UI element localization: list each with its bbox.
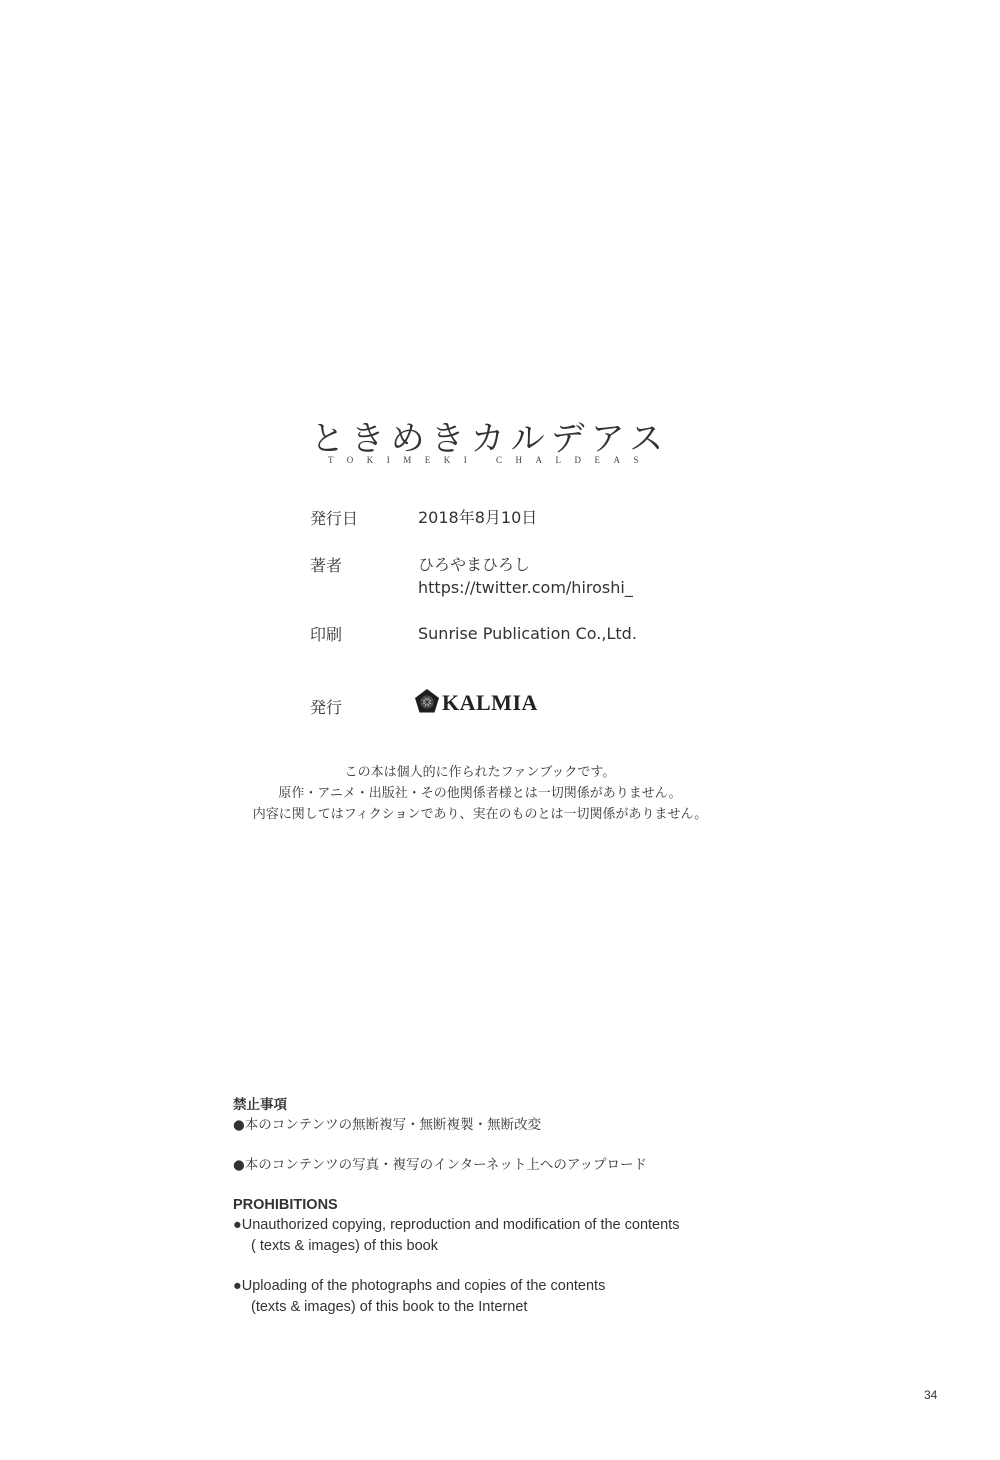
disclaimer: この本は個人的に作られたファンブックです。 原作・アニメ・出版社・その他関係者様… [0, 762, 960, 825]
prohibitions-heading-jp: 禁止事項 [233, 1095, 647, 1115]
author-name: ひろやまひろし [418, 553, 633, 576]
title-romaji: TOKIMEKI CHALDEAS [0, 455, 1000, 465]
kalmia-flower-logo-icon [414, 688, 440, 718]
colophon-label: 著者 [310, 553, 418, 599]
prohibition-item-continuation: ( texts & images) of this book [233, 1236, 679, 1257]
colophon-label: 発行 [310, 689, 418, 718]
colophon-row-printer: 印刷 Sunrise Publication Co.,Ltd. [310, 622, 637, 645]
printer-name: Sunrise Publication Co.,Ltd. [418, 622, 637, 645]
disclaimer-line: この本は個人的に作られたファンブックです。 [0, 762, 960, 783]
prohibitions-japanese: 禁止事項 ●本のコンテンツの無断複写・無断複製・無断改変 ●本のコンテンツの写真… [233, 1095, 647, 1175]
colophon-label: 印刷 [310, 622, 418, 645]
author-twitter-link: https://twitter.com/hiroshi_ [418, 576, 633, 599]
publisher-name: KALMIA [442, 690, 538, 716]
prohibition-item: ●Uploading of the photographs and copies… [233, 1276, 679, 1297]
colophon-label: 発行日 [310, 506, 418, 529]
colophon-row-author: 著者 ひろやまひろし https://twitter.com/hiroshi_ [310, 553, 633, 599]
colophon-row-date: 発行日 2018年8月10日 [310, 506, 537, 529]
prohibitions-heading-en: PROHIBITIONS [233, 1195, 679, 1215]
book-title: ときめきカルデアス TOKIMEKI CHALDEAS [0, 420, 1000, 465]
disclaimer-line: 内容に関してはフィクションであり、実在のものとは一切関係がありません。 [0, 804, 960, 825]
prohibition-item: ●Unauthorized copying, reproduction and … [233, 1215, 679, 1236]
colophon-row-publisher: 発行 KALMIA [310, 688, 538, 718]
publication-date: 2018年8月10日 [418, 506, 537, 529]
prohibition-item: ●本のコンテンツの写真・複写のインターネット上へのアップロード [233, 1155, 647, 1175]
prohibition-item-continuation: (texts & images) of this book to the Int… [233, 1297, 679, 1318]
prohibition-item: ●本のコンテンツの無断複写・無断複製・無断改変 [233, 1115, 647, 1135]
prohibitions-english: PROHIBITIONS ●Unauthorized copying, repr… [233, 1195, 679, 1317]
publisher-logo: KALMIA [414, 688, 538, 718]
disclaimer-line: 原作・アニメ・出版社・その他関係者様とは一切関係がありません。 [0, 783, 960, 804]
page-number: 34 [924, 1388, 937, 1402]
title-japanese: ときめきカルデアス [0, 420, 1000, 458]
